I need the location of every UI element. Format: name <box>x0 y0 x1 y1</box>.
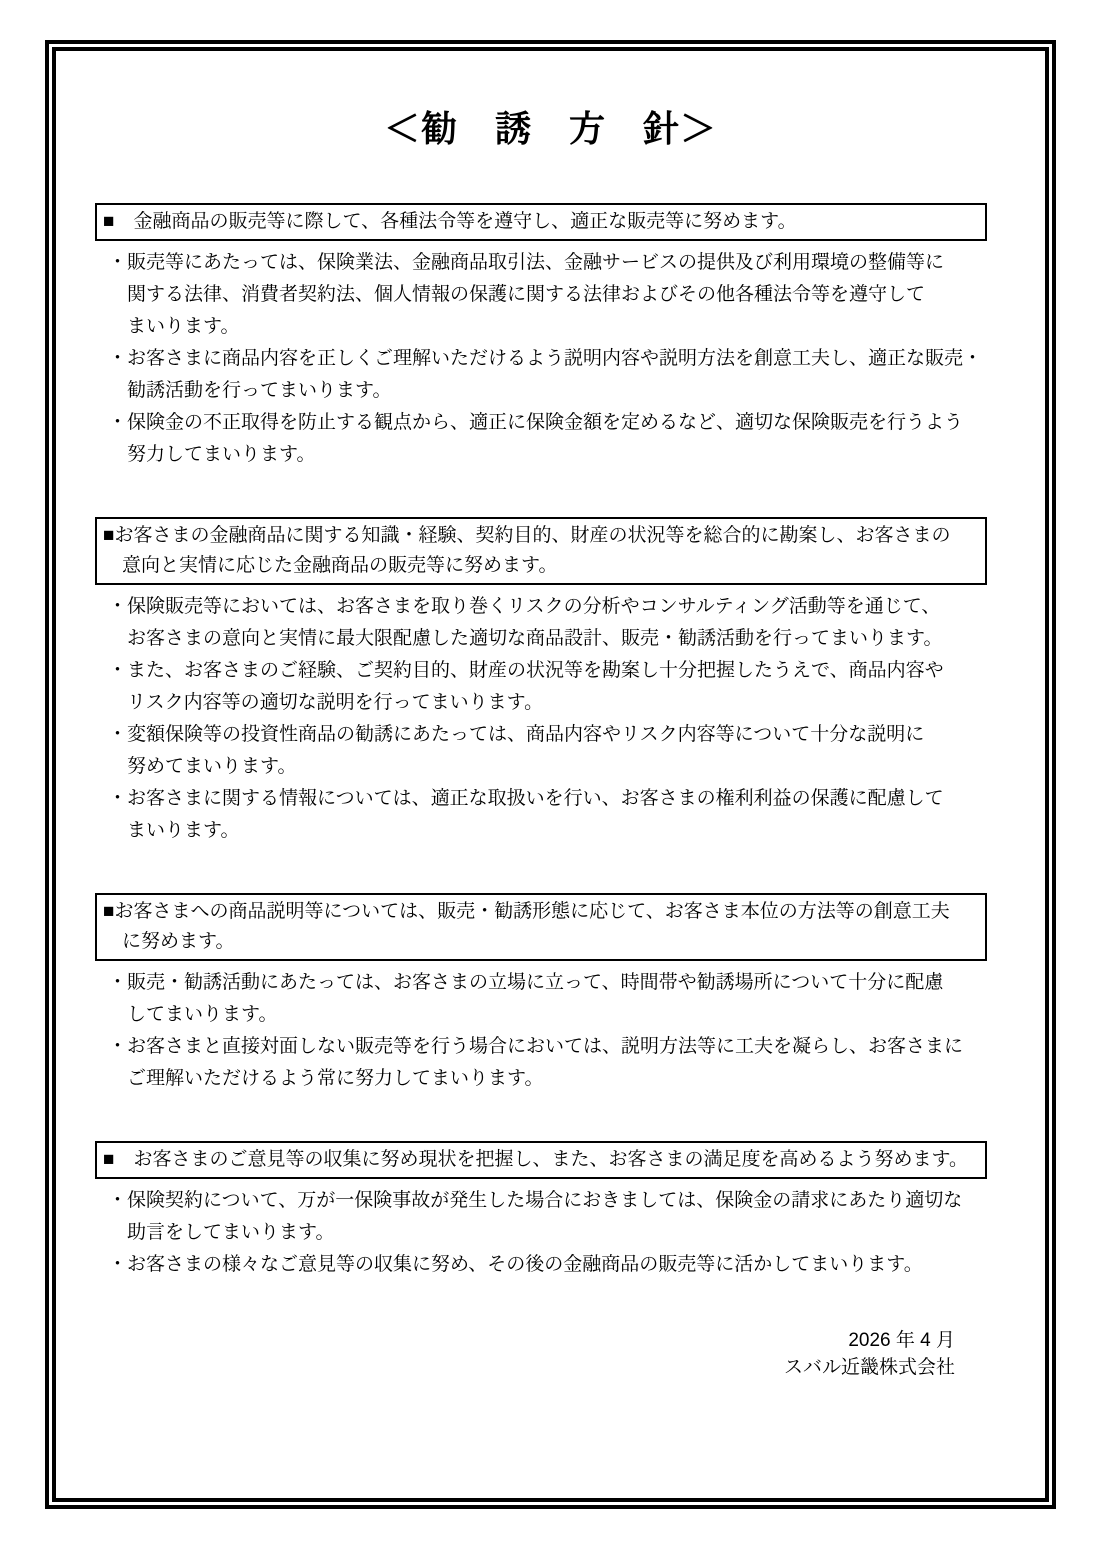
policy-section-3: ■お客さまへの商品説明等については、販売・勧誘形態に応じて、お客さま本位の方法等… <box>95 893 1006 1095</box>
bullet-item: ・お客さまと直接対面しない販売等を行う場合においては、説明方法等に工夫を凝らし、… <box>108 1031 1006 1095</box>
bullet-line: 関する法律、消費者契約法、個人情報の保護に関する法律およびその他各種法令等を遵守… <box>108 279 1006 311</box>
bullet-item: ・変額保険等の投資性商品の勧誘にあたっては、商品内容やリスク内容等について十分な… <box>108 719 1006 783</box>
bullet-line: ・販売等にあたっては、保険業法、金融商品取引法、金融サービスの提供及び利用環境の… <box>108 247 1006 279</box>
section-heading: ■お客さまへの商品説明等については、販売・勧誘形態に応じて、お客さま本位の方法等… <box>95 893 987 961</box>
bullet-line: ・保険契約について、万が一保険事故が発生した場合におきましては、保険金の請求にあ… <box>108 1185 1006 1217</box>
policy-sections: ■ 金融商品の販売等に際して、各種法令等を遵守し、適正な販売等に努めます。 ・販… <box>95 203 1006 1281</box>
section-heading-line: 意向と実情に応じた金融商品の販売等に努めます。 <box>103 551 979 581</box>
bullet-line: ・お客さまの様々なご意見等の収集に努め、その後の金融商品の販売等に活かしてまいり… <box>108 1249 1006 1281</box>
section-heading-line: に努めます。 <box>103 927 979 957</box>
bullet-line: ・お客さまに商品内容を正しくご理解いただけるよう説明内容や説明方法を創意工夫し、… <box>108 343 1006 375</box>
bullet-item: ・保険契約について、万が一保険事故が発生した場合におきましては、保険金の請求にあ… <box>108 1185 1006 1249</box>
document-title: ＜勧 誘 方 針＞ <box>95 105 1006 153</box>
policy-section-1: ■ 金融商品の販売等に際して、各種法令等を遵守し、適正な販売等に努めます。 ・販… <box>95 203 1006 471</box>
bullet-line: 努めてまいります。 <box>108 751 1006 783</box>
bullet-line: リスク内容等の適切な説明を行ってまいります。 <box>108 687 1006 719</box>
bullet-line: まいります。 <box>108 815 1006 847</box>
bullet-line: ・変額保険等の投資性商品の勧誘にあたっては、商品内容やリスク内容等について十分な… <box>108 719 1006 751</box>
document-footer: 2026 年 4 月 スバル近畿株式会社 <box>95 1327 1006 1381</box>
page-border-frame-inner: ＜勧 誘 方 針＞ ■ 金融商品の販売等に際して、各種法令等を遵守し、適正な販売… <box>52 47 1049 1502</box>
bullet-line: してまいります。 <box>108 999 1006 1031</box>
bullet-item: ・お客さまに商品内容を正しくご理解いただけるよう説明内容や説明方法を創意工夫し、… <box>108 343 1006 407</box>
section-bullets: ・保険販売等においては、お客さまを取り巻くリスクの分析やコンサルティング活動等を… <box>95 591 1006 847</box>
section-heading: ■ 金融商品の販売等に際して、各種法令等を遵守し、適正な販売等に努めます。 <box>95 203 987 241</box>
section-bullets: ・保険契約について、万が一保険事故が発生した場合におきましては、保険金の請求にあ… <box>95 1185 1006 1281</box>
bullet-line: ・保険販売等においては、お客さまを取り巻くリスクの分析やコンサルティング活動等を… <box>108 591 1006 623</box>
section-heading: ■お客さまの金融商品に関する知識・経験、契約目的、財産の状況等を総合的に勘案し、… <box>95 517 987 585</box>
policy-section-2: ■お客さまの金融商品に関する知識・経験、契約目的、財産の状況等を総合的に勘案し、… <box>95 517 1006 847</box>
bullet-line: ・お客さまに関する情報については、適正な取扱いを行い、お客さまの権利利益の保護に… <box>108 783 1006 815</box>
bullet-line: ・お客さまと直接対面しない販売等を行う場合においては、説明方法等に工夫を凝らし、… <box>108 1031 1006 1063</box>
page-border-frame: ＜勧 誘 方 針＞ ■ 金融商品の販売等に際して、各種法令等を遵守し、適正な販売… <box>45 40 1056 1509</box>
bullet-line: 助言をしてまいります。 <box>108 1217 1006 1249</box>
section-bullets: ・販売等にあたっては、保険業法、金融商品取引法、金融サービスの提供及び利用環境の… <box>95 247 1006 471</box>
bullet-item: ・お客さまの様々なご意見等の収集に努め、その後の金融商品の販売等に活かしてまいり… <box>108 1249 1006 1281</box>
section-heading-line: ■お客さまの金融商品に関する知識・経験、契約目的、財産の状況等を総合的に勘案し、… <box>103 521 979 551</box>
section-heading: ■ お客さまのご意見等の収集に努め現状を把握し、また、お客さまの満足度を高めるよ… <box>95 1141 987 1179</box>
bullet-line: お客さまの意向と実情に最大限配慮した適切な商品設計、販売・勧誘活動を行ってまいり… <box>108 623 1006 655</box>
section-heading-line: ■ 金融商品の販売等に際して、各種法令等を遵守し、適正な販売等に努めます。 <box>103 207 979 237</box>
section-bullets: ・販売・勧誘活動にあたっては、お客さまの立場に立って、時間帯や勧誘場所について十… <box>95 967 1006 1095</box>
footer-date: 2026 年 4 月 <box>95 1327 955 1354</box>
bullet-item: ・保険金の不正取得を防止する観点から、適正に保険金額を定めるなど、適切な保険販売… <box>108 407 1006 471</box>
bullet-item: ・お客さまに関する情報については、適正な取扱いを行い、お客さまの権利利益の保護に… <box>108 783 1006 847</box>
bullet-item: ・保険販売等においては、お客さまを取り巻くリスクの分析やコンサルティング活動等を… <box>108 591 1006 655</box>
section-heading-line: ■ お客さまのご意見等の収集に努め現状を把握し、また、お客さまの満足度を高めるよ… <box>103 1145 979 1175</box>
footer-company: スバル近畿株式会社 <box>95 1354 955 1381</box>
bullet-line: ・また、お客さまのご経験、ご契約目的、財産の状況等を勘案し十分把握したうえで、商… <box>108 655 1006 687</box>
bullet-line: ・販売・勧誘活動にあたっては、お客さまの立場に立って、時間帯や勧誘場所について十… <box>108 967 1006 999</box>
bullet-line: ・保険金の不正取得を防止する観点から、適正に保険金額を定めるなど、適切な保険販売… <box>108 407 1006 439</box>
policy-section-4: ■ お客さまのご意見等の収集に努め現状を把握し、また、お客さまの満足度を高めるよ… <box>95 1141 1006 1281</box>
bullet-item: ・販売・勧誘活動にあたっては、お客さまの立場に立って、時間帯や勧誘場所について十… <box>108 967 1006 1031</box>
section-heading-line: ■お客さまへの商品説明等については、販売・勧誘形態に応じて、お客さま本位の方法等… <box>103 897 979 927</box>
bullet-item: ・また、お客さまのご経験、ご契約目的、財産の状況等を勘案し十分把握したうえで、商… <box>108 655 1006 719</box>
bullet-line: 努力してまいります。 <box>108 439 1006 471</box>
bullet-line: まいります。 <box>108 311 1006 343</box>
bullet-line: ご理解いただけるよう常に努力してまいります。 <box>108 1063 1006 1095</box>
bullet-line: 勧誘活動を行ってまいります。 <box>108 375 1006 407</box>
bullet-item: ・販売等にあたっては、保険業法、金融商品取引法、金融サービスの提供及び利用環境の… <box>108 247 1006 343</box>
